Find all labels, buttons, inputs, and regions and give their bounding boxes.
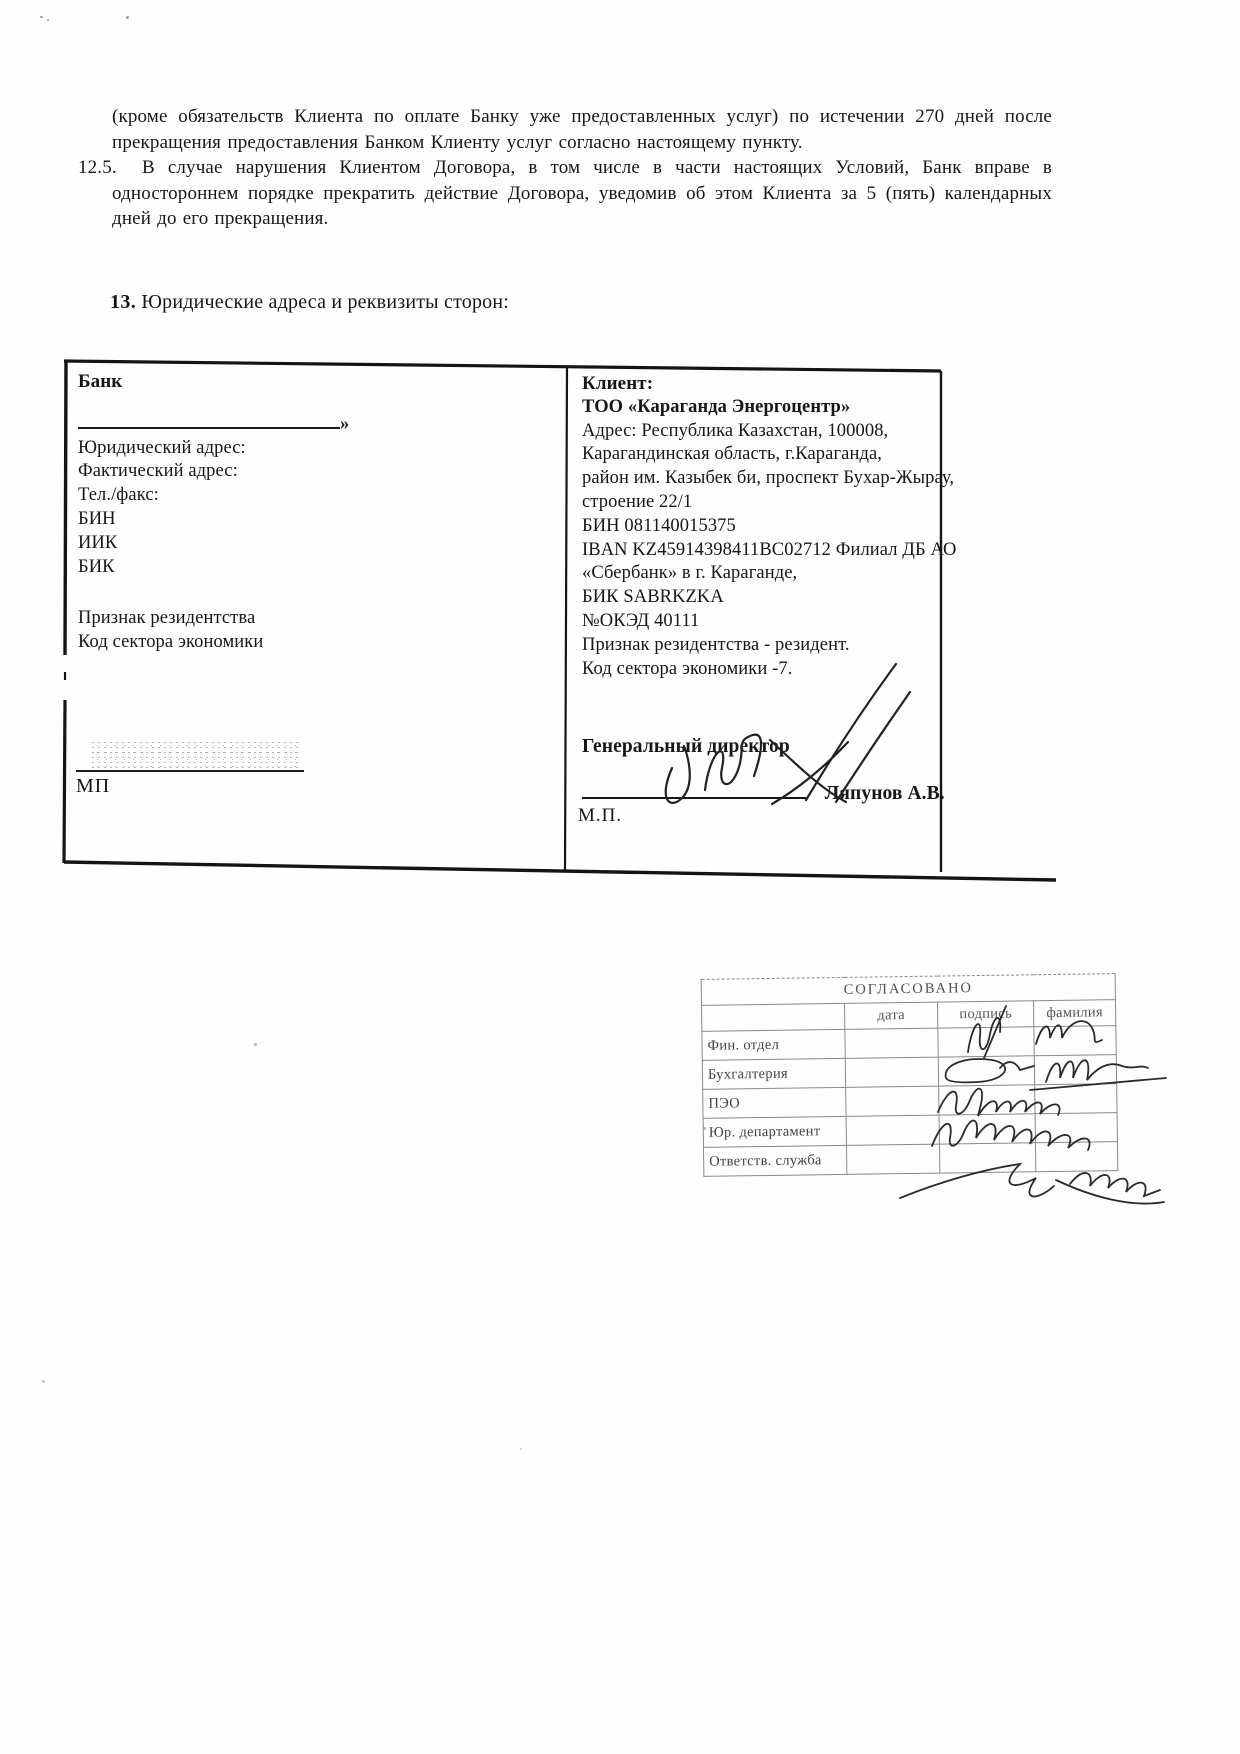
client-column: Клиент: ТОО «Караганда Энергоцентр» Адре… xyxy=(582,372,982,681)
client-address-line-3: район им. Казыбек би, проспект Бухар-Жыр… xyxy=(582,467,982,491)
bank-field-residency: Признак резидентства xyxy=(78,607,548,631)
bank-field-bin: БИН xyxy=(78,508,548,532)
bank-stamp-smudge xyxy=(90,740,302,770)
approval-row-label: ПЭО xyxy=(703,1087,846,1118)
client-address-line-1: Адрес: Республика Казахстан, 100008, xyxy=(582,420,982,444)
client-iban-line-2: «Сбербанк» в г. Караганде, xyxy=(582,562,982,586)
client-address-line-4: строение 22/1 xyxy=(582,491,982,515)
client-iban-line-1: IBAN KZ45914398411BC02712 Филиал ДБ АО xyxy=(582,539,982,563)
bank-fill-in-line xyxy=(78,411,340,429)
client-oked: №ОКЭД 40111 xyxy=(582,610,982,634)
approval-row-label: Юр. департамент xyxy=(703,1116,846,1147)
bank-field-tel-fax: Тел./факс: xyxy=(78,484,548,508)
client-company-name: ТОО «Караганда Энергоцентр» xyxy=(582,396,982,420)
approval-row-label: Ответств. служба xyxy=(703,1145,846,1176)
approval-signatures-scribbles xyxy=(850,940,1210,1230)
bank-seal-label: МП xyxy=(76,775,110,799)
bank-column: Банк » Юридический адрес: Фактический ад… xyxy=(78,370,548,655)
bank-field-legal-address: Юридический адрес: xyxy=(78,437,548,461)
bank-field-economy-sector: Код сектора экономики xyxy=(78,631,548,655)
client-bin: БИН 081140015375 xyxy=(582,515,982,539)
client-address-line-2: Карагандинская область, г.Караганда, xyxy=(582,443,982,467)
bank-blank-line: » xyxy=(78,411,548,437)
scanned-contract-page: (кроме обязательств Клиента по оплате Ба… xyxy=(0,0,1240,1754)
bank-field-iik: ИИК xyxy=(78,532,548,556)
bank-field-bik: БИК xyxy=(78,556,548,580)
requisites-table-borders xyxy=(0,0,1240,1754)
approval-row-label: Фин. отдел xyxy=(702,1029,845,1060)
client-bik: БИК SABRKZKA xyxy=(582,586,982,610)
director-signature-scribble xyxy=(610,650,940,815)
approval-row-label: Бухгалтерия xyxy=(702,1058,845,1089)
bank-field-actual-address: Фактический адрес: xyxy=(78,460,548,484)
bank-quote-mark: » xyxy=(340,414,349,434)
bank-title: Банк xyxy=(78,370,548,394)
client-title: Клиент: xyxy=(582,372,982,396)
bank-signature-line xyxy=(76,770,304,772)
